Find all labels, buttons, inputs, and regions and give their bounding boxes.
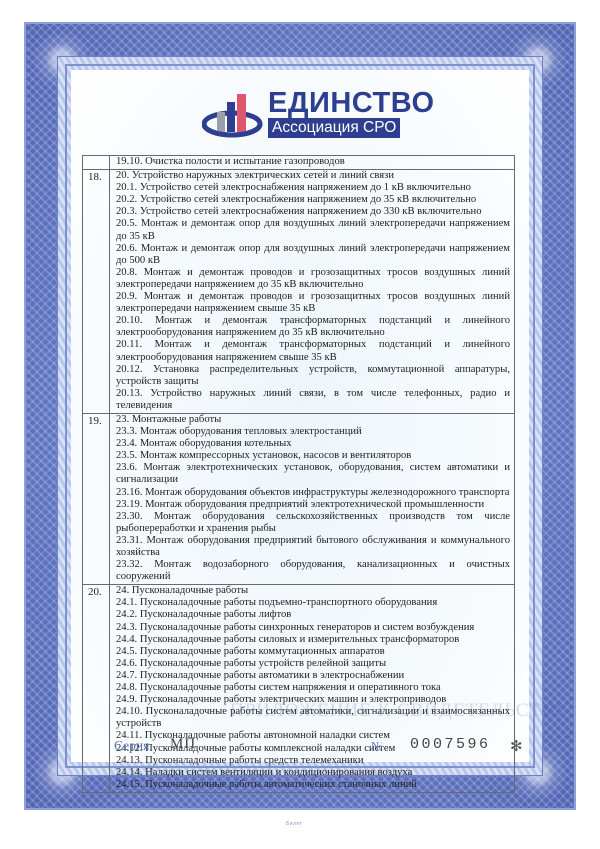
work-type-item: 23. Монтажные работы xyxy=(116,414,510,426)
work-type-item: 24.7. Пусконаладочные работы автоматики … xyxy=(116,670,510,682)
row-work-list: 24. Пусконаладочные работы24.1. Пусконал… xyxy=(110,585,515,793)
buildings-logo-icon xyxy=(202,94,266,138)
work-type-item: 24.15. Пусконаладочные работы автоматиче… xyxy=(116,779,510,791)
work-type-item: 20.5. Монтаж и демонтаж опор для воздушн… xyxy=(116,218,510,242)
work-type-item: 20.2. Устройство сетей электроснабжения … xyxy=(116,194,510,206)
work-type-item: 23.6. Монтаж электротехнических установо… xyxy=(116,462,510,486)
table-row: 18.20. Устройство наружных электрических… xyxy=(83,170,515,414)
certificate-number: 0007596 xyxy=(410,736,491,753)
work-type-item: 24.6. Пусконаладочные работы устройств р… xyxy=(116,658,510,670)
table-row: 19.10. Очистка полости и испытание газоп… xyxy=(83,156,515,170)
work-type-item: 24.14. Наладки систем вентиляции и конди… xyxy=(116,767,510,779)
work-type-item: 20.13. Устройство наружных линий связи, … xyxy=(116,388,510,412)
work-type-item: 23.16. Монтаж оборудования объектов инфр… xyxy=(116,487,510,499)
association-logo: ЕДИНСТВО Ассоциация СРО xyxy=(202,84,412,144)
work-type-item: 20.12. Установка распределительных устро… xyxy=(116,364,510,388)
work-type-item: 20. Устройство наружных электрических се… xyxy=(116,170,510,182)
work-type-item: 19.10. Очистка полости и испытание газоп… xyxy=(116,156,510,168)
work-type-item: 20.10. Монтаж и демонтаж трансформаторны… xyxy=(116,315,510,339)
work-type-item: 23.32. Монтаж водозаборного оборудования… xyxy=(116,559,510,583)
star-icon: ✻ xyxy=(510,737,523,756)
work-type-item: 20.9. Монтаж и демонтаж проводов и грозо… xyxy=(116,291,510,315)
work-type-item: 24.4. Пусконаладочные работы силовых и и… xyxy=(116,634,510,646)
work-type-item: 24.8. Пусконаладочные работы систем напр… xyxy=(116,682,510,694)
work-type-item: 23.31. Монтаж оборудования предприятий б… xyxy=(116,535,510,559)
series-label: Серия xyxy=(114,738,149,754)
row-number: 19. xyxy=(83,413,110,584)
work-type-item: 24. Пусконаладочные работы xyxy=(116,585,510,597)
work-type-item: 20.1. Устройство сетей электроснабжения … xyxy=(116,182,510,194)
work-type-item: 20.6. Монтаж и демонтаж опор для воздушн… xyxy=(116,243,510,267)
work-type-item: 23.19. Монтаж оборудования предприятий э… xyxy=(116,499,510,511)
work-type-item: 20.3. Устройство сетей электроснабжения … xyxy=(116,206,510,218)
row-number: 20. xyxy=(83,585,110,793)
row-work-list: 19.10. Очистка полости и испытание газоп… xyxy=(110,156,515,170)
work-type-item: 23.4. Монтаж оборудования котельных xyxy=(116,438,510,450)
work-type-item: 23.5. Монтаж компрессорных установок, на… xyxy=(116,450,510,462)
table-row: 19.23. Монтажные работы23.3. Монтаж обор… xyxy=(83,413,515,584)
logo-subtitle: Ассоциация СРО xyxy=(268,118,400,138)
row-number xyxy=(83,156,110,170)
work-type-item: 24.1. Пусконаладочные работы подъемно-тр… xyxy=(116,597,510,609)
table-row: 20.24. Пусконаладочные работы24.1. Пуско… xyxy=(83,585,515,793)
work-type-item: 24.5. Пусконаладочные работы коммутацион… xyxy=(116,646,510,658)
work-type-item: 24.10. Пусконаладочные работы систем авт… xyxy=(116,706,510,730)
work-types-table: 19.10. Очистка полости и испытание газоп… xyxy=(82,155,515,793)
work-type-item: 24.2. Пусконаладочные работы лифтов xyxy=(116,609,510,621)
printer-mark: Билет xyxy=(286,821,302,827)
work-type-item: 24.9. Пусконаладочные работы электрическ… xyxy=(116,694,510,706)
row-work-list: 20. Устройство наружных электрических се… xyxy=(110,170,515,414)
number-label: № xyxy=(371,739,382,754)
row-work-list: 23. Монтажные работы23.3. Монтаж оборудо… xyxy=(110,413,515,584)
certificate-footer: Серия МП № 0007596 ✻ xyxy=(0,736,600,760)
work-type-item: 23.3. Монтаж оборудования тепловых элект… xyxy=(116,426,510,438)
work-type-item: 24.3. Пусконаладочные работы синхронных … xyxy=(116,622,510,634)
series-value: МП xyxy=(170,736,196,753)
row-number: 18. xyxy=(83,170,110,414)
work-type-item: 20.11. Монтаж и демонтаж трансформаторны… xyxy=(116,339,510,363)
work-type-item: 23.30. Монтаж оборудования сельскохозяйс… xyxy=(116,511,510,535)
work-type-item: 20.8. Монтаж и демонтаж проводов и грозо… xyxy=(116,267,510,291)
logo-title: ЕДИНСТВО xyxy=(268,88,435,118)
